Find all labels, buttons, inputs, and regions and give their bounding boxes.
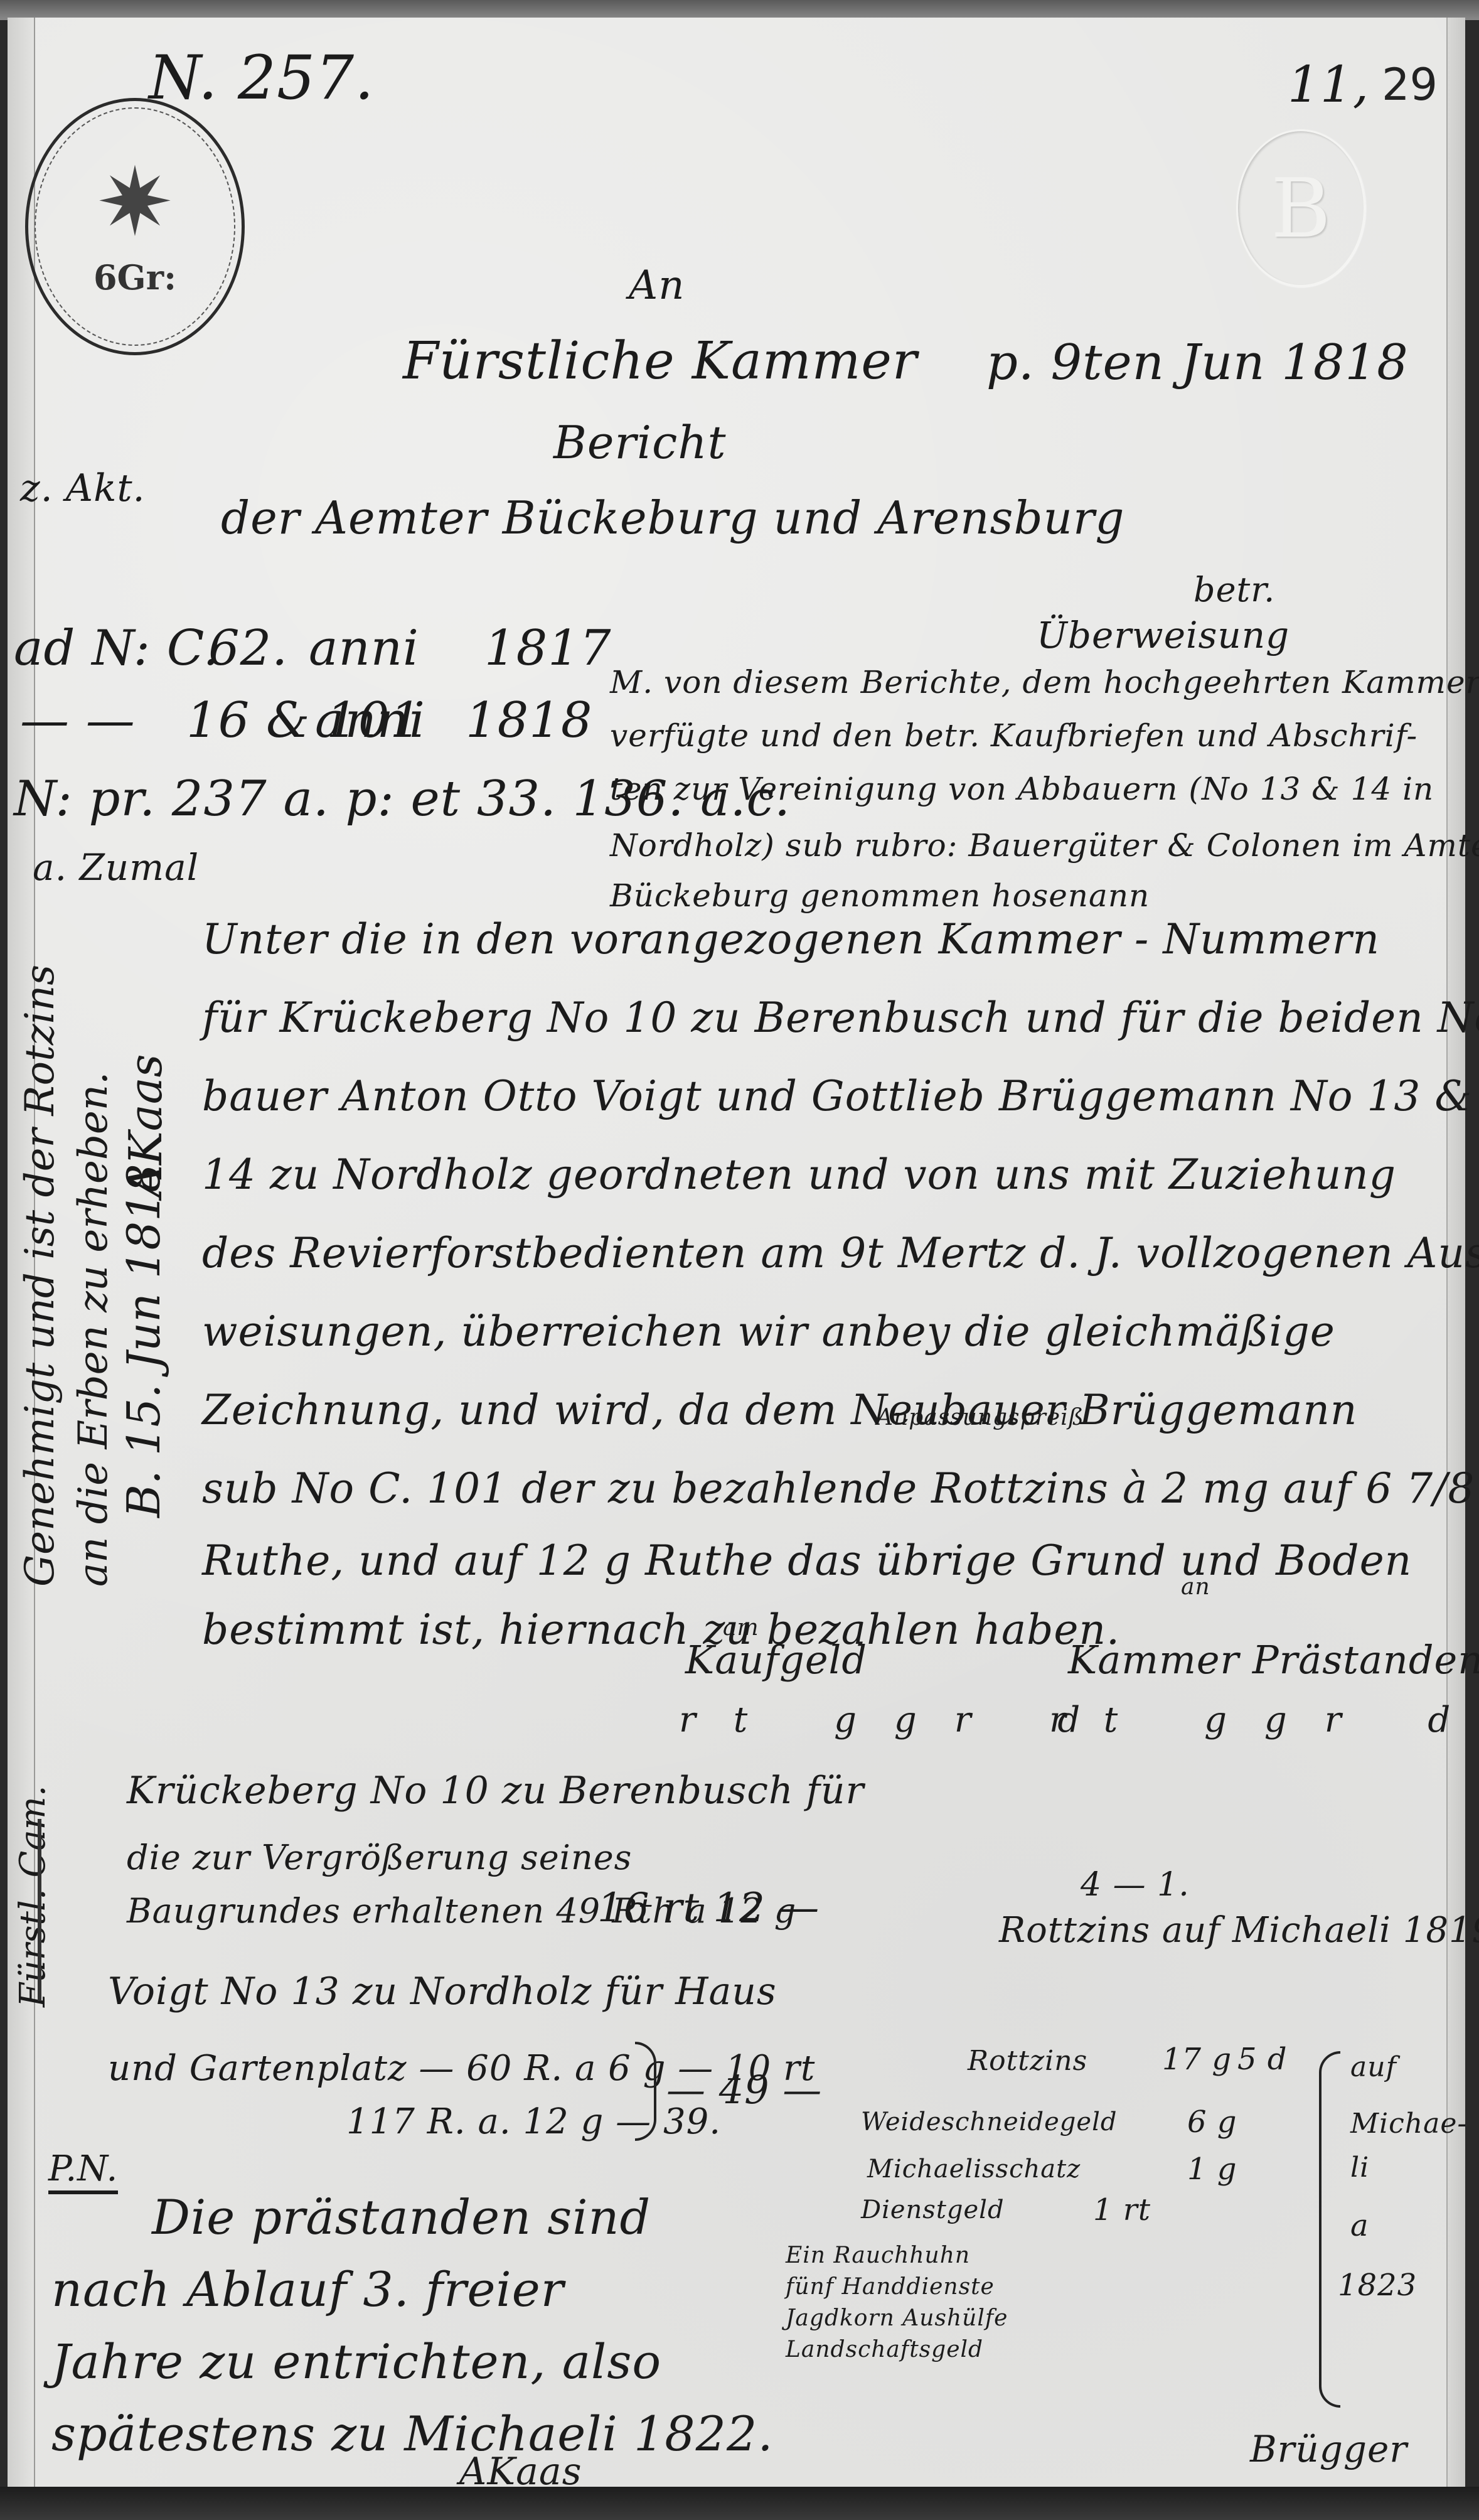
bracket-note: li (1350, 2152, 1369, 2184)
dues-extra-line: Jagdkorn Aushülfe (786, 2305, 1008, 2331)
ref-line1-year: 1817 (484, 620, 612, 677)
bracket-note: auf (1350, 2051, 1397, 2083)
address-bericht: Bericht (553, 416, 727, 469)
body-line: des Revierforstbedienten am 9t Mertz d. … (202, 1229, 1479, 1277)
address-an: An (629, 262, 685, 309)
calc2-line3: 117 R. a. 12 g — 39. (346, 2101, 721, 2142)
body-line: 14 zu Nordholz geordneten und von uns mi… (202, 1150, 1396, 1199)
bracket-note: a (1350, 2208, 1369, 2243)
dues-amount: 6 g (1187, 2104, 1237, 2140)
dues-amount: 17 g (1162, 2042, 1232, 2077)
postscript-line: Die prästanden sind (152, 2189, 651, 2245)
ref-line1-prefix: ad N: C. (14, 620, 219, 677)
bracket-note: Michae- (1350, 2108, 1467, 2140)
body-line: bauer Anton Otto Voigt und Gottlieb Brüg… (202, 1072, 1472, 1120)
dues-label: Michaelisschatz (867, 2155, 1081, 2184)
margin-underline (38, 1819, 41, 2001)
calc1-line2: die zur Vergrößerung seines (127, 1838, 632, 1877)
dues-extra: 5 d (1237, 2042, 1288, 2077)
dues-extra-line: Landschaftsgeld (786, 2337, 983, 2362)
ref-line2-prefix: — — (20, 692, 136, 749)
body-line: Unter die in den vorangezogenen Kammer -… (202, 915, 1380, 963)
letter-date: p. 9ten Jun 1818 (986, 335, 1409, 391)
dues-label: Rottzins (968, 2045, 1087, 2077)
ref-line4: a. Zumal (33, 846, 199, 889)
folio-handwritten: 11, (1288, 55, 1369, 114)
postscript-line: nach Ablauf 3. freier (51, 2261, 564, 2317)
body-line: für Krückeberg No 10 zu Berenbusch und f… (202, 994, 1479, 1042)
body-line: sub No C. 101 der zu bezahlende Rottzins… (202, 1464, 1479, 1513)
document-page: N. 257. ✷ 6Gr: 11, 29 B An Fürstliche Ka… (8, 18, 1465, 2491)
embossed-seal: B (1236, 129, 1365, 287)
bracket-note-year: 1823 (1338, 2268, 1417, 2303)
calc1-amount: 16 rt 12 — (597, 1885, 820, 1931)
interlinear-insert: Anpassungspreiß (877, 1405, 1084, 1430)
subject-line: ten zur Vereinigung von Abbauern (No 13 … (610, 771, 1434, 807)
stamp-ring (35, 107, 235, 346)
ref-line2-word: anni (315, 692, 425, 749)
dues-amount: 1 g (1187, 2152, 1237, 2187)
margin-vertical-date: B. 15. Jun 1818 (117, 1164, 170, 1518)
scan-bottom-edge (0, 2487, 1479, 2520)
postscript-line: Jahre zu entrichten, also (51, 2334, 661, 2389)
ref-line2-year: 1818 (466, 692, 593, 749)
dues-extra-line: Ein Rauchhuhn (786, 2243, 970, 2268)
margin-note-zakt: z. Akt. (20, 466, 146, 510)
dues-label: Dienstgeld (861, 2196, 1005, 2224)
calc2-line1: Voigt No 13 zu Nordholz für Haus (108, 1970, 777, 2013)
calc2-total: — 49 — (666, 2067, 822, 2113)
sig-right-currency: rt ggr d (1049, 1700, 1479, 1740)
body-line: weisungen, überreichen wir anbey die gle… (202, 1307, 1335, 1356)
dues-extra-line: fünf Handdienste (786, 2274, 995, 2300)
margin-vertical-line1: Genehmigt und ist der Rotzins (17, 965, 63, 1587)
sig-right-label: Kammer Prästanden (1068, 1637, 1479, 1683)
seal-letter-icon: B (1271, 161, 1331, 256)
subject-heading: Überweisung (1037, 614, 1289, 657)
sig-left-label: Kaufgeld (685, 1637, 867, 1683)
address-aemter: der Aemter Bückeburg und Arensburg (221, 491, 1124, 544)
ref-line1-numbers: 62. (208, 620, 288, 677)
subject-line: verfügte und den betr. Kaufbriefen und A… (610, 717, 1418, 754)
dues-label: Weideschneidegeld (861, 2108, 1117, 2137)
body-line: Zeichnung, und wird, da dem Neubauer Brü… (202, 1386, 1357, 1434)
calc2-brace (635, 2042, 656, 2141)
ref-line1-word: anni (309, 620, 419, 677)
dues-amount: 1 rt (1093, 2192, 1151, 2228)
sig-right-above: an (1181, 1574, 1210, 1600)
postscript-line: spätestens zu Michaeli 1822. (51, 2406, 774, 2462)
bottom-signature: Brügger (1250, 2428, 1407, 2470)
subject-line: M. von diesem Berichte, dem hochgeehrten… (610, 664, 1479, 700)
margin-vertical-line2: an die Erben zu erheben. (70, 1072, 117, 1587)
body-line: Ruthe, und auf 12 g Ruthe das übrige Gru… (202, 1536, 1412, 1585)
margin-vertical-lower: Fürstl. Cam. (13, 1785, 53, 2007)
folio-stamped: 29 (1382, 59, 1438, 110)
body-line: bestimmt ist, hiernach zu bezahlen haben… (202, 1606, 1120, 1654)
rottzins-fraction: 4 — 1. (1081, 1866, 1190, 1904)
revenue-stamp: ✷ 6Gr: (25, 98, 245, 355)
postscript-label: P.N. (48, 2148, 118, 2194)
address-recipient: Fürstliche Kammer (403, 331, 917, 391)
file-number: N. 257. (149, 43, 375, 113)
subject-line: Nordholz) sub rubro: Bauergüter & Colone… (610, 827, 1479, 864)
subject-line: Bückeburg genommen hosenann (610, 877, 1150, 914)
calc1-line1: Krückeberg No 10 zu Berenbusch für (127, 1769, 864, 1813)
margin-vertical-signature: AKaas (119, 1054, 172, 1198)
rottzins-note: Rottzins auf Michaeli 1819 (999, 1910, 1479, 1951)
betr-label: betr. (1193, 570, 1275, 609)
dues-brace (1319, 2051, 1340, 2408)
